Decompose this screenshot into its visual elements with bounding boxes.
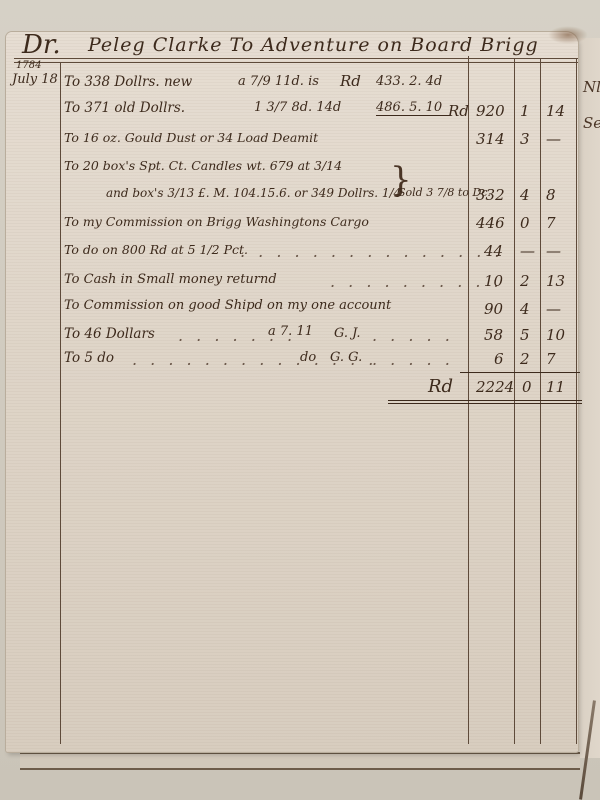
entry-rate: a 7/9 11d. is: [238, 74, 319, 89]
total-shillings: 0: [522, 378, 532, 396]
facing-page-edge: Nlo Sep: [576, 38, 600, 758]
amount-pence: 14: [546, 102, 565, 120]
total-currency: Rd: [428, 376, 453, 397]
entry-date: July 18: [12, 72, 58, 87]
entry-description: To Commission on good Shipd on my one ac…: [64, 298, 391, 313]
entry-rate: 1 3/7 8d. 14d: [254, 100, 341, 115]
amount-shillings: 2: [520, 350, 530, 368]
amount-shillings: 4: [520, 186, 530, 204]
total-rule-top: [460, 372, 580, 373]
entry-description: To 46 Dollars: [64, 326, 155, 342]
amount-pence: —: [546, 242, 561, 260]
entry-subtotal: 433. 2. 4d: [376, 74, 442, 89]
entry-rate: do: [300, 350, 316, 365]
amount-pence: —: [546, 130, 561, 148]
entry-rate: a 7. 11: [268, 324, 313, 339]
entry-description: To Cash in Small money returnd: [64, 272, 277, 287]
amount-pence: 7: [546, 214, 556, 232]
ledger-title: Peleg Clarke To Adventure on Board Brigg: [88, 34, 539, 56]
entry-mark: G. J.: [334, 326, 361, 341]
leader-dots: . . . . . . . . . . . . . . .: [240, 242, 504, 261]
entry-description: To 338 Dollrs. new: [64, 74, 192, 90]
debit-marker: Dr.: [22, 30, 61, 60]
amount-pence: 13: [546, 272, 565, 290]
amount-pounds: 90: [484, 300, 503, 318]
facing-page-fragment: Nlo: [583, 78, 600, 96]
amount-shillings: 1: [520, 102, 530, 120]
total-pence: 11: [546, 378, 565, 396]
amount-shillings: 2: [520, 272, 530, 290]
amount-shillings: 4: [520, 300, 530, 318]
entry-description: To my Commission on Brigg Washingtons Ca…: [64, 214, 369, 229]
amount-shillings: 5: [520, 326, 530, 344]
entry-mark: G. G.: [330, 350, 362, 365]
amount-pounds: 6: [494, 350, 504, 368]
date-column-rule: [60, 62, 61, 744]
leader-dots: . . . . . . . . . .: [330, 272, 503, 291]
pence-column-rule: [540, 58, 541, 744]
shillings-column-rule: [514, 58, 515, 744]
entry-description: To 5 do: [64, 350, 114, 366]
entry-description: To 16 oz. Gould Dust or 34 Load Deamit: [64, 130, 318, 145]
amount-pence: 8: [546, 186, 556, 204]
header-rule-bottom: [14, 62, 578, 63]
total-rule-bottom-2: [388, 403, 582, 404]
entry-description: To 371 old Dollrs.: [64, 100, 185, 116]
amount-shillings: 3: [520, 130, 530, 148]
entry-description: To 20 box's Spt. Ct. Candles wt. 679 at …: [64, 158, 342, 173]
facing-page-fragment: Sep: [583, 114, 600, 132]
amount-pounds: 332: [476, 186, 505, 204]
header-rule-top: [14, 58, 578, 59]
amount-pounds: 446: [476, 214, 505, 232]
leader-dots: . . . . .: [372, 350, 454, 369]
amount-pounds: 10: [484, 272, 503, 290]
amount-shillings: 0: [520, 214, 530, 232]
entry-subtotal: 486. 5. 10: [376, 100, 450, 116]
amount-currency: Rd: [448, 102, 469, 120]
amount-pence: 7: [546, 350, 556, 368]
leader-dots: . . . . .: [372, 326, 454, 345]
page-edge-rule: [576, 58, 577, 744]
total-rule-bottom-1: [388, 400, 582, 401]
entry-subtotal-currency: Rd: [340, 72, 361, 90]
amount-pounds: 920: [476, 102, 505, 120]
page-stain: [548, 26, 588, 44]
entry-year: 1784: [16, 60, 41, 71]
amount-shillings: —: [520, 242, 535, 260]
underlying-page-edge: [20, 752, 580, 770]
amount-pounds: 44: [484, 242, 503, 260]
amount-pence: —: [546, 300, 561, 318]
amount-pence: 10: [546, 326, 565, 344]
amount-pounds: 58: [484, 326, 503, 344]
total-pounds: 2224: [476, 378, 514, 396]
entry-description: and box's 3/13 £. M. 104.15.6. or 349 Do…: [106, 186, 401, 200]
entry-description: To do on 800 Rd at 5 1/2 Pct.: [64, 242, 248, 257]
amount-pounds: 314: [476, 130, 505, 148]
